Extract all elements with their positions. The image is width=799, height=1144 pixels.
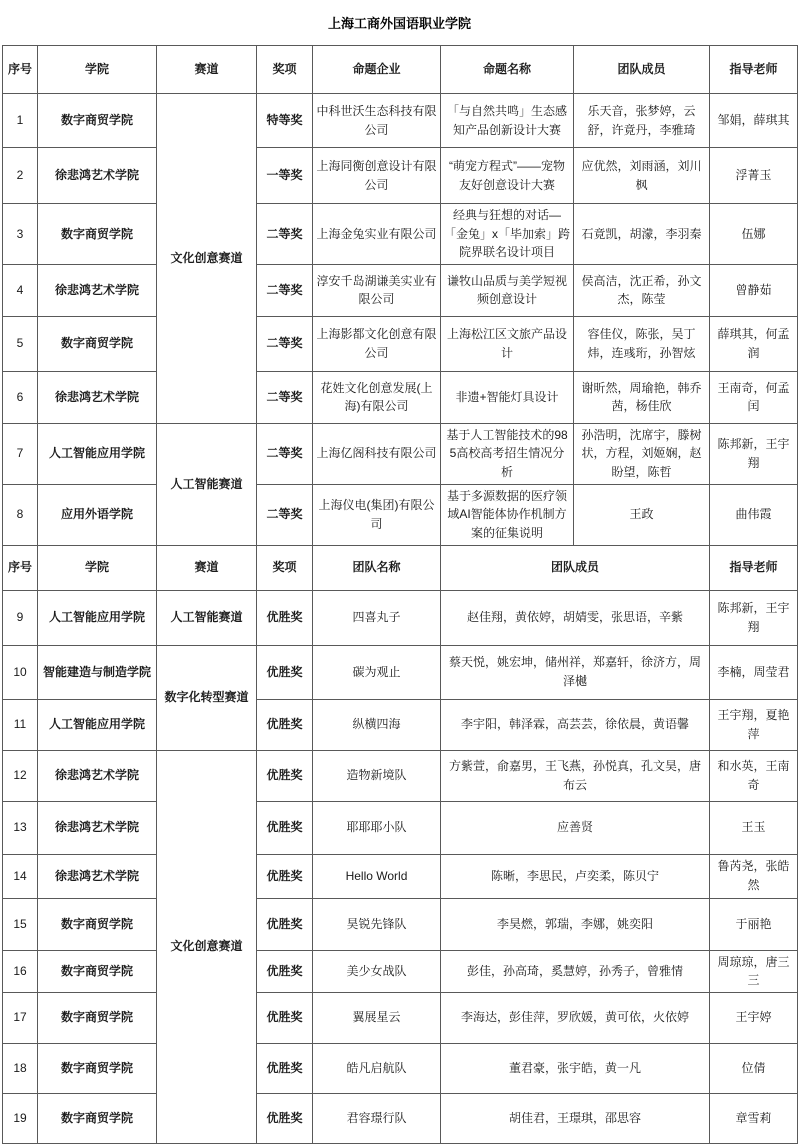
page-title: 上海工商外国语职业学院	[0, 0, 799, 45]
cell-no: 5	[3, 316, 38, 371]
column-header-project: 命题名称	[441, 46, 574, 94]
cell-award: 优胜奖	[257, 992, 313, 1043]
cell-college: 人工智能应用学院	[38, 590, 157, 645]
cell-no: 14	[3, 854, 38, 898]
cell-company: 花姓文化创意发展(上海)有限公司	[313, 371, 441, 423]
table-row: 6 徐悲鸿艺术学院 二等奖 花姓文化创意发展(上海)有限公司 非遗+智能灯具设计…	[3, 371, 798, 423]
cell-advisors: 王宇翔，夏艳萍	[710, 699, 798, 750]
cell-no: 15	[3, 898, 38, 950]
cell-college: 数字商贸学院	[38, 204, 157, 265]
cell-company: 上海仪电(集团)有限公司	[313, 484, 441, 545]
cell-advisors: 和水英，王南奇	[710, 750, 798, 801]
cell-award: 优胜奖	[257, 1043, 313, 1093]
cell-college: 数字商贸学院	[38, 316, 157, 371]
cell-no: 6	[3, 371, 38, 423]
cell-advisors: 陈邦新，王宇翔	[710, 423, 798, 484]
cell-award: 优胜奖	[257, 801, 313, 854]
section2-header-row: 序号 学院 赛道 奖项 团队名称 团队成员 指导老师	[3, 545, 798, 590]
cell-no: 1	[3, 94, 38, 148]
cell-no: 9	[3, 590, 38, 645]
column-header-track: 赛道	[157, 545, 257, 590]
cell-college: 人工智能应用学院	[38, 423, 157, 484]
cell-track-digital-transformation: 数字化转型赛道	[157, 645, 257, 750]
cell-members: 蔡天悦，姚宏坤，储州祥，郑嘉轩，徐济方，周泽樾	[441, 645, 710, 699]
cell-award: 一等奖	[257, 148, 313, 204]
column-header-no: 序号	[3, 46, 38, 94]
table-row: 17 数字商贸学院 优胜奖 翼展星云 李海达，彭佳萍，罗欣媛，黄可依，火依婷 王…	[3, 992, 798, 1043]
cell-members: 李昊燃，郭瑞，李娜，姚奕阳	[441, 898, 710, 950]
cell-team: 纵横四海	[313, 699, 441, 750]
section1-header-row: 序号 学院 赛道 奖项 命题企业 命题名称 团队成员 指导老师	[3, 46, 798, 94]
cell-team: 皓凡启航队	[313, 1043, 441, 1093]
cell-no: 2	[3, 148, 38, 204]
cell-advisors: 周琼琼，唐三三	[710, 950, 798, 992]
column-header-members: 团队成员	[574, 46, 710, 94]
table-row: 11 人工智能应用学院 优胜奖 纵横四海 李宇阳，韩泽霖，高芸芸，徐依晨，黄语馨…	[3, 699, 798, 750]
cell-award: 二等奖	[257, 264, 313, 316]
cell-members: 谢昕然，周瑜艳，韩乔茜，杨佳欣	[574, 371, 710, 423]
cell-project: 谦牧山品质与美学短视频创意设计	[441, 264, 574, 316]
cell-award: 优胜奖	[257, 898, 313, 950]
cell-no: 16	[3, 950, 38, 992]
column-header-award: 奖项	[257, 545, 313, 590]
cell-college: 应用外语学院	[38, 484, 157, 545]
cell-college: 数字商贸学院	[38, 898, 157, 950]
cell-team: 君容璟行队	[313, 1093, 441, 1143]
table-row: 10 智能建造与制造学院 数字化转型赛道 优胜奖 碳为观止 蔡天悦，姚宏坤，储州…	[3, 645, 798, 699]
table-row: 9 人工智能应用学院 人工智能赛道 优胜奖 四喜丸子 赵佳翔，黄依婷，胡婧雯，张…	[3, 590, 798, 645]
cell-members: 彭佳，孙高琦，奚慧婷，孙秀子，曾雅情	[441, 950, 710, 992]
column-header-advisors: 指导老师	[710, 46, 798, 94]
cell-team: 昊锐先锋队	[313, 898, 441, 950]
cell-award: 优胜奖	[257, 645, 313, 699]
table-row: 2 徐悲鸿艺术学院 一等奖 上海同衡创意设计有限公司 “萌宠方程式”——宠物友好…	[3, 148, 798, 204]
cell-no: 12	[3, 750, 38, 801]
column-header-award: 奖项	[257, 46, 313, 94]
cell-no: 11	[3, 699, 38, 750]
cell-no: 17	[3, 992, 38, 1043]
table-row: 4 徐悲鸿艺术学院 二等奖 淳安千岛湖谦美实业有限公司 谦牧山品质与美学短视频创…	[3, 264, 798, 316]
table-row: 8 应用外语学院 二等奖 上海仪电(集团)有限公司 基于多源数据的医疗领域AI智…	[3, 484, 798, 545]
column-header-advisors: 指导老师	[710, 545, 798, 590]
cell-award: 优胜奖	[257, 590, 313, 645]
column-header-college: 学院	[38, 46, 157, 94]
cell-college: 数字商贸学院	[38, 94, 157, 148]
cell-track-ai: 人工智能赛道	[157, 423, 257, 545]
cell-award: 优胜奖	[257, 1093, 313, 1143]
table-row: 5 数字商贸学院 二等奖 上海影都文化创意有限公司 上海松江区文旅产品设计 容佳…	[3, 316, 798, 371]
cell-college: 数字商贸学院	[38, 950, 157, 992]
table-row: 7 人工智能应用学院 人工智能赛道 二等奖 上海亿阁科技有限公司 基于人工智能技…	[3, 423, 798, 484]
table-row: 3 数字商贸学院 二等奖 上海金兔实业有限公司 经典与狂想的对话—「金兔」x「毕…	[3, 204, 798, 265]
cell-members: 乐天音，张梦婷，云舒，许竟丹，李雅琦	[574, 94, 710, 148]
column-header-members: 团队成员	[441, 545, 710, 590]
cell-members: 容佳仪，陈张，吴丁炜，连彧珩，孙智炫	[574, 316, 710, 371]
cell-advisors: 鲁芮尧，张皓然	[710, 854, 798, 898]
cell-no: 7	[3, 423, 38, 484]
cell-college: 徐悲鸿艺术学院	[38, 371, 157, 423]
cell-members: 应优然，刘雨涵，刘川枫	[574, 148, 710, 204]
table-row: 13 徐悲鸿艺术学院 优胜奖 耶耶耶小队 应善贤 王玉	[3, 801, 798, 854]
cell-members: 陈晰，李思民，卢奕柔，陈贝宁	[441, 854, 710, 898]
table-row: 19 数字商贸学院 优胜奖 君容璟行队 胡佳君，王璟琪，邵思容 章雪莉	[3, 1093, 798, 1143]
cell-members: 胡佳君，王璟琪，邵思容	[441, 1093, 710, 1143]
table-row: 12 徐悲鸿艺术学院 文化创意赛道 优胜奖 造物新境队 方紫萱，俞嘉男，王飞燕，…	[3, 750, 798, 801]
cell-company: 中科世沃生态科技有限公司	[313, 94, 441, 148]
cell-advisors: 于丽艳	[710, 898, 798, 950]
awards-table: 序号 学院 赛道 奖项 命题企业 命题名称 团队成员 指导老师 1 数字商贸学院…	[2, 45, 798, 1144]
cell-members: 李海达，彭佳萍，罗欣媛，黄可依，火依婷	[441, 992, 710, 1043]
cell-college: 徐悲鸿艺术学院	[38, 264, 157, 316]
cell-award: 特等奖	[257, 94, 313, 148]
cell-no: 10	[3, 645, 38, 699]
cell-college: 徐悲鸿艺术学院	[38, 148, 157, 204]
cell-college: 数字商贸学院	[38, 992, 157, 1043]
cell-team: 耶耶耶小队	[313, 801, 441, 854]
cell-team: 翼展星云	[313, 992, 441, 1043]
cell-members: 应善贤	[441, 801, 710, 854]
cell-advisors: 曾静茹	[710, 264, 798, 316]
column-header-track: 赛道	[157, 46, 257, 94]
cell-company: 上海金兔实业有限公司	[313, 204, 441, 265]
cell-award: 二等奖	[257, 423, 313, 484]
cell-members: 赵佳翔，黄依婷，胡婧雯，张思语，辛紫	[441, 590, 710, 645]
cell-award: 优胜奖	[257, 854, 313, 898]
cell-advisors: 邹娟，薛琪其	[710, 94, 798, 148]
cell-team: 四喜丸子	[313, 590, 441, 645]
cell-advisors: 位倩	[710, 1043, 798, 1093]
cell-company: 上海亿阁科技有限公司	[313, 423, 441, 484]
cell-no: 19	[3, 1093, 38, 1143]
column-header-no: 序号	[3, 545, 38, 590]
cell-team: 造物新境队	[313, 750, 441, 801]
cell-college: 智能建造与制造学院	[38, 645, 157, 699]
table-row: 14 徐悲鸿艺术学院 优胜奖 Hello World 陈晰，李思民，卢奕柔，陈贝…	[3, 854, 798, 898]
cell-college: 徐悲鸿艺术学院	[38, 801, 157, 854]
cell-college: 徐悲鸿艺术学院	[38, 750, 157, 801]
cell-award: 优胜奖	[257, 699, 313, 750]
cell-track-culture-creative: 文化创意赛道	[157, 750, 257, 1143]
table-row: 1 数字商贸学院 文化创意赛道 特等奖 中科世沃生态科技有限公司 「与自然共鸣」…	[3, 94, 798, 148]
cell-project: 经典与狂想的对话—「金兔」x「毕加索」跨院界联名设计项目	[441, 204, 574, 265]
cell-members: 方紫萱，俞嘉男，王飞燕，孙悦真，孔文昊，唐布云	[441, 750, 710, 801]
cell-project: 上海松江区文旅产品设计	[441, 316, 574, 371]
cell-award: 优胜奖	[257, 950, 313, 992]
cell-advisors: 浮菁玉	[710, 148, 798, 204]
table-row: 16 数字商贸学院 优胜奖 美少女战队 彭佳，孙高琦，奚慧婷，孙秀子，曾雅情 周…	[3, 950, 798, 992]
cell-college: 数字商贸学院	[38, 1043, 157, 1093]
cell-no: 4	[3, 264, 38, 316]
cell-members: 李宇阳，韩泽霖，高芸芸，徐依晨，黄语馨	[441, 699, 710, 750]
cell-team: 美少女战队	[313, 950, 441, 992]
cell-members: 董君豪，张宇皓，黄一凡	[441, 1043, 710, 1093]
cell-advisors: 薛琪其，何孟润	[710, 316, 798, 371]
cell-project: 「与自然共鸣」生态感知产品创新设计大赛	[441, 94, 574, 148]
cell-team: Hello World	[313, 854, 441, 898]
cell-advisors: 李楠，周莹君	[710, 645, 798, 699]
cell-advisors: 陈邦新，王宇翔	[710, 590, 798, 645]
cell-no: 3	[3, 204, 38, 265]
cell-members: 石竟凯，胡濛，李羽秦	[574, 204, 710, 265]
cell-members: 侯高洁，沈正希，孙文杰，陈莹	[574, 264, 710, 316]
cell-project: 基于多源数据的医疗领域AI智能体协作机制方案的征集说明	[441, 484, 574, 545]
cell-company: 淳安千岛湖谦美实业有限公司	[313, 264, 441, 316]
cell-company: 上海同衡创意设计有限公司	[313, 148, 441, 204]
cell-award: 二等奖	[257, 484, 313, 545]
cell-college: 人工智能应用学院	[38, 699, 157, 750]
cell-track-ai: 人工智能赛道	[157, 590, 257, 645]
cell-project: 基于人工智能技术的985高校高考招生情况分析	[441, 423, 574, 484]
cell-college: 数字商贸学院	[38, 1093, 157, 1143]
cell-advisors: 王玉	[710, 801, 798, 854]
column-header-team: 团队名称	[313, 545, 441, 590]
cell-award: 二等奖	[257, 316, 313, 371]
cell-members: 王政	[574, 484, 710, 545]
cell-team: 碳为观止	[313, 645, 441, 699]
column-header-college: 学院	[38, 545, 157, 590]
table-row: 18 数字商贸学院 优胜奖 皓凡启航队 董君豪，张宇皓，黄一凡 位倩	[3, 1043, 798, 1093]
cell-no: 13	[3, 801, 38, 854]
cell-award: 二等奖	[257, 371, 313, 423]
cell-project: “萌宠方程式”——宠物友好创意设计大赛	[441, 148, 574, 204]
cell-no: 8	[3, 484, 38, 545]
cell-award: 优胜奖	[257, 750, 313, 801]
cell-award: 二等奖	[257, 204, 313, 265]
cell-project: 非遗+智能灯具设计	[441, 371, 574, 423]
cell-advisors: 王南奇，何孟闰	[710, 371, 798, 423]
cell-college: 徐悲鸿艺术学院	[38, 854, 157, 898]
table-row: 15 数字商贸学院 优胜奖 昊锐先锋队 李昊燃，郭瑞，李娜，姚奕阳 于丽艳	[3, 898, 798, 950]
cell-company: 上海影都文化创意有限公司	[313, 316, 441, 371]
cell-track-culture-creative: 文化创意赛道	[157, 94, 257, 424]
cell-advisors: 王宇婷	[710, 992, 798, 1043]
column-header-company: 命题企业	[313, 46, 441, 94]
cell-advisors: 章雪莉	[710, 1093, 798, 1143]
cell-members: 孙浩明，沈席宇，滕树状，方程，刘姬娴，赵盼望，陈哲	[574, 423, 710, 484]
cell-advisors: 伍娜	[710, 204, 798, 265]
cell-no: 18	[3, 1043, 38, 1093]
cell-advisors: 曲伟霞	[710, 484, 798, 545]
